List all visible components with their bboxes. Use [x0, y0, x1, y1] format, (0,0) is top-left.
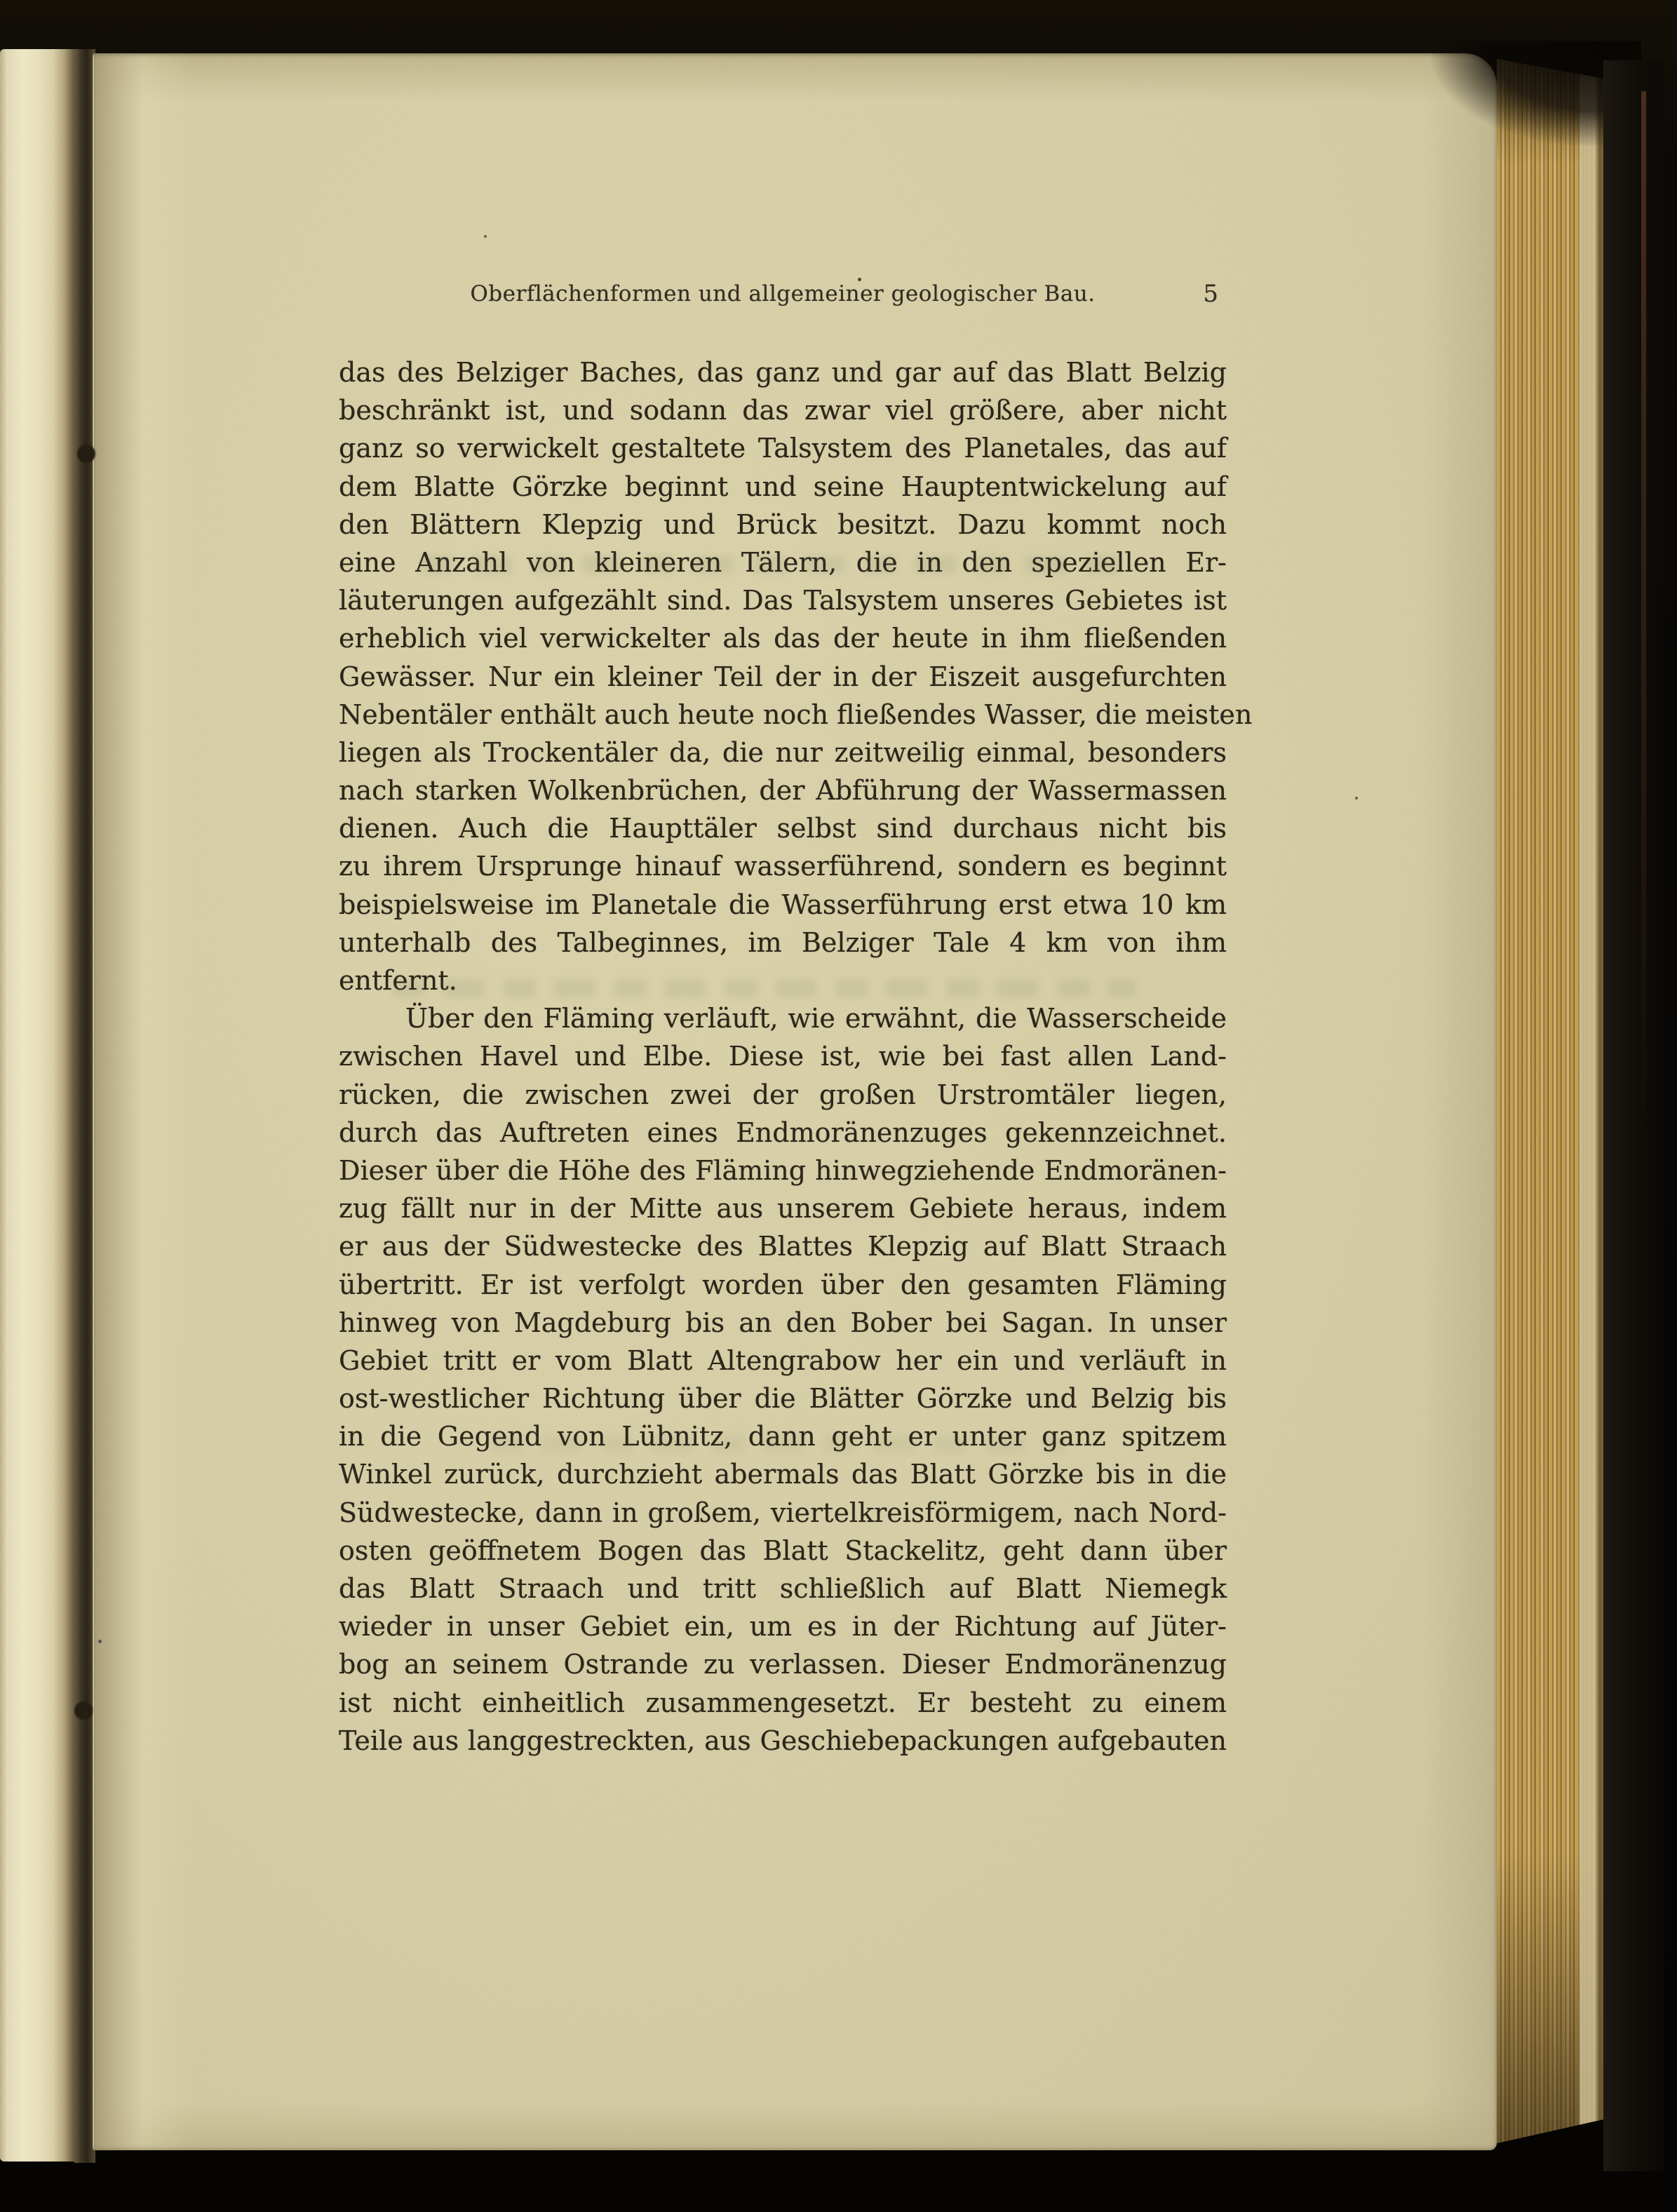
text-line: Dieser über die Höhe des Fläming hinwegz… — [339, 1152, 1227, 1189]
text-line: Nebentäler enthält auch heute noch fließ… — [339, 696, 1227, 734]
book-cover-edge — [1603, 60, 1664, 2171]
text-line: bog an seinem Ostrande zu verlassen. Die… — [339, 1645, 1227, 1683]
text-line: ist nicht einheitlich zusammengesetzt. E… — [339, 1684, 1227, 1722]
text-line: den Blättern Klepzig und Brück besitzt. … — [339, 506, 1227, 544]
text-line: dem Blatte Görzke beginnt und seine Haup… — [339, 468, 1227, 506]
text-line: dienen. Auch die Haupttäler selbst sind … — [339, 809, 1227, 847]
text-line: unterhalb des Talbeginnes, im Belziger T… — [339, 924, 1227, 962]
dust-speck — [98, 1640, 102, 1643]
text-line: wieder in unser Gebiet ein, um es in der… — [339, 1607, 1227, 1645]
page-header: Oberflächenformen und allgemeiner geolog… — [339, 276, 1227, 311]
text-line: er aus der Südwestecke des Blattes Klepz… — [339, 1227, 1227, 1265]
text-line: rücken, die zwischen zwei der großen Urs… — [339, 1076, 1227, 1114]
text-line: beispielsweise im Planetale die Wasserfü… — [339, 886, 1227, 924]
dust-speck — [1355, 797, 1358, 800]
text-line: osten geöffnetem Bogen das Blatt Stackel… — [339, 1532, 1227, 1570]
sewing-hole — [77, 445, 95, 463]
dust-speck — [858, 278, 861, 281]
cover-edge-highlight — [1641, 91, 1646, 1143]
text-line: ganz so verwickelt gestaltete Talsystem … — [339, 429, 1227, 467]
text-line: das des Belziger Baches, das ganz und ga… — [339, 353, 1227, 391]
text-line: Südwestecke, dann in großem, viertelkrei… — [339, 1494, 1227, 1532]
text-line: übertritt. Er ist verfolgt worden über d… — [339, 1266, 1227, 1304]
text-line: in die Gegend von Lübnitz, dann geht er … — [339, 1417, 1227, 1455]
text-line: Teile aus langgestreckten, aus Geschiebe… — [339, 1722, 1227, 1760]
text-line: das Blatt Straach und tritt schließlich … — [339, 1570, 1227, 1607]
facing-page-edge — [0, 49, 76, 2162]
text-line: Gewässer. Nur ein kleiner Teil der in de… — [339, 658, 1227, 696]
sewing-hole — [74, 1701, 93, 1720]
book-page: Oberflächenformen und allgemeiner geolog… — [93, 53, 1497, 2150]
text-line: entfernt. — [339, 962, 1227, 999]
body-text: das des Belziger Baches, das ganz und ga… — [339, 353, 1227, 1760]
book-scan: Oberflächenformen und allgemeiner geolog… — [0, 0, 1677, 2212]
text-line: Gebiet tritt er vom Blatt Altengrabow he… — [339, 1342, 1227, 1380]
text-line: zug fällt nur in der Mitte aus unserem G… — [339, 1189, 1227, 1227]
text-line: Über den Fläming verläuft, wie erwähnt, … — [339, 999, 1227, 1037]
text-line: eine Anzahl von kleineren Tälern, die in… — [339, 544, 1227, 581]
text-line: nach starken Wolkenbrüchen, der Abführun… — [339, 771, 1227, 809]
running-title: Oberflächenformen und allgemeiner geolog… — [339, 276, 1227, 311]
text-line: beschränkt ist, und sodann das zwar viel… — [339, 391, 1227, 429]
text-line: liegen als Trockentäler da, die nur zeit… — [339, 734, 1227, 771]
page-number: 5 — [1203, 276, 1218, 311]
text-line: läuterungen aufgezählt sind. Das Talsyst… — [339, 581, 1227, 619]
text-line: erheblich viel verwickelter als das der … — [339, 619, 1227, 657]
text-line: hinweg von Magdeburg bis an den Bober be… — [339, 1304, 1227, 1342]
text-line: zu ihrem Ursprunge hinauf wasserführend,… — [339, 847, 1227, 885]
text-line: ost-westlicher Richtung über die Blätter… — [339, 1380, 1227, 1417]
text-line: Winkel zurück, durchzieht abermals das B… — [339, 1455, 1227, 1493]
page-fore-edges — [1497, 59, 1603, 2143]
dust-speck — [612, 1052, 614, 1055]
text-line: durch das Auftreten eines Endmoränenzuge… — [339, 1114, 1227, 1152]
text-line: zwischen Havel und Elbe. Diese ist, wie … — [339, 1037, 1227, 1075]
dust-speck — [484, 235, 487, 238]
